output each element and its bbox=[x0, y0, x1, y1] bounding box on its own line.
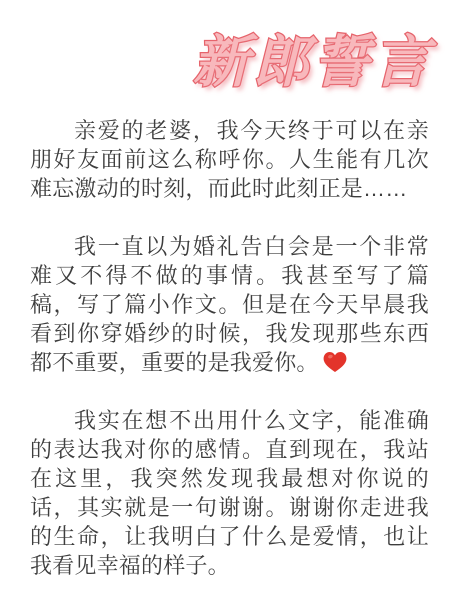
paragraph-1: 亲爱的老婆，我今天终于可以在亲朋好友面前这么称呼你。人生能有几次难忘激动的时刻，… bbox=[30, 116, 429, 203]
vow-text: 亲爱的老婆，我今天终于可以在亲朋好友面前这么称呼你。人生能有几次难忘激动的时刻，… bbox=[0, 94, 459, 580]
paragraph-2-text: 我一直以为婚礼告白会是一个非常难又不得不做的事情。我甚至写了篇稿，写了篇小作文。… bbox=[30, 234, 429, 375]
paragraph-3: 我实在想不出用什么文字，能准确的表达我对你的感情。直到现在，我站在这里，我突然发… bbox=[30, 406, 429, 580]
red-heart-icon bbox=[323, 351, 347, 373]
vow-card: 新郎誓言 亲爱的老婆，我今天终于可以在亲朋好友面前这么称呼你。人生能有几次难忘激… bbox=[0, 0, 459, 600]
paragraph-2: 我一直以为婚礼告白会是一个非常难又不得不做的事情。我甚至写了篇稿，写了篇小作文。… bbox=[30, 232, 429, 377]
paragraph-3-text: 我实在想不出用什么文字，能准确的表达我对你的感情。直到现在，我站在这里，我突然发… bbox=[30, 408, 429, 578]
page-title: 新郎誓言 bbox=[0, 0, 459, 94]
paragraph-1-text: 亲爱的老婆，我今天终于可以在亲朋好友面前这么称呼你。人生能有几次难忘激动的时刻，… bbox=[30, 118, 429, 201]
